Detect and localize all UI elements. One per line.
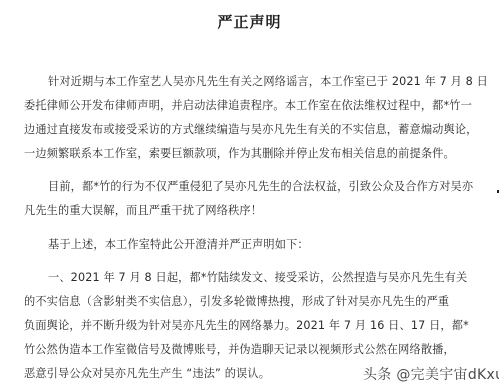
- paragraph-1-line-3: 边通过直接发布或接受采访的方式继续编造与吴亦凡先生有关的不实信息，蓄意煽动舆论，: [24, 121, 478, 137]
- paragraph-4-line-4: 竹公然伪造本工作室微信号及微博账号，并伪造聊天记录以视频形式公然在网络散播，: [24, 341, 455, 357]
- paragraph-1-line-1: 针对近期与本工作室艺人吴亦凡先生有关之网络谣言，本工作室已于 2021 年 7 …: [48, 73, 488, 89]
- statement-document: 严正声明 针对近期与本工作室艺人吴亦凡先生有关之网络谣言，本工作室已于 2021…: [0, 0, 499, 391]
- document-title: 严正声明: [0, 11, 499, 32]
- paragraph-4-line-2: 的不实信息（含影射类不实信息），引发多轮微博热搜，形成了针对吴亦凡先生的严重: [24, 293, 449, 309]
- paragraph-1-line-4: 一边频繁联系本工作室，索要巨额款项，作为其删除并停止发布相关信息的前提条件。: [24, 145, 455, 161]
- paragraph-4-line-3: 负面舆论，并不断升级为针对吴亦凡先生的网络暴力。2021 年 7 月 16 日、…: [24, 317, 469, 333]
- watermark: 头条 @完美宇宙dKxu: [363, 364, 499, 384]
- paragraph-2-line-1: 目前，都*竹的行为不仅严重侵犯了吴亦凡先生的合法权益，引致公众及合作方对吴亦: [48, 178, 473, 194]
- paragraph-4-line-5: 恶意引导公众对吴亦凡先生产生 “违法” 的误认。: [24, 365, 270, 381]
- paragraph-1-line-2: 委托律师公开发布律师声明，并启动法律追责程序。本工作室在依法维权过程中，都*竹一: [24, 97, 472, 113]
- paragraph-2-line-2: 凡先生的重大误解，而且严重干扰了网络秩序！: [24, 202, 262, 218]
- paragraph-3-line-1: 基于上述，本工作室特此公开澄清并严正声明如下：: [48, 236, 309, 252]
- paragraph-4-line-1: 一、2021 年 7 月 8 日起，都*竹陆续发文、接受采访，公然捏造与吴亦凡先…: [48, 269, 467, 285]
